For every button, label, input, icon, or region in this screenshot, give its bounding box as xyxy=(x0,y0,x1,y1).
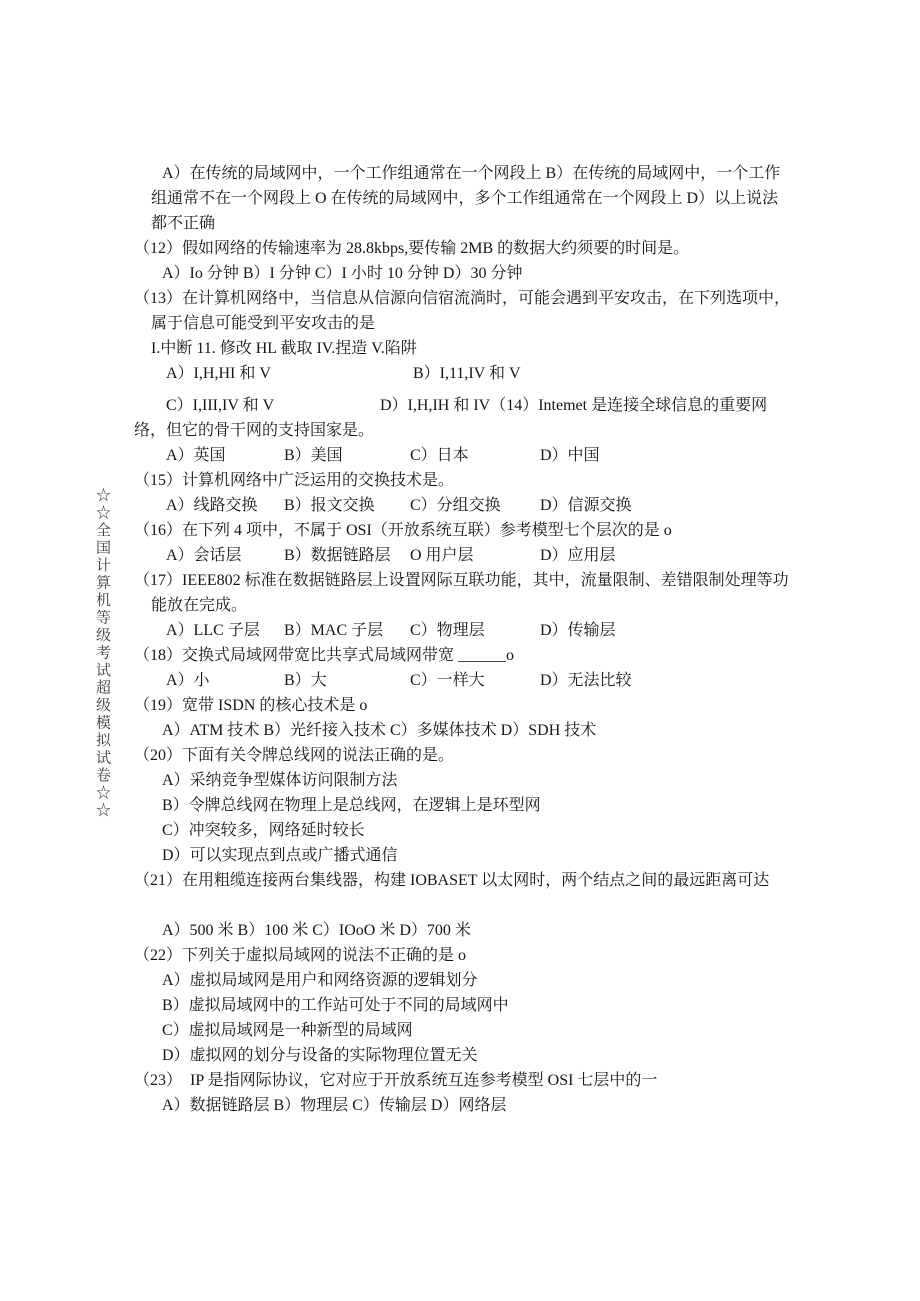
option-cell: A）LLC 子层 xyxy=(166,618,284,643)
option-line: A）虚拟局域网是用户和网络资源的逻辑划分 xyxy=(162,968,802,993)
option-cell: A）会话层 xyxy=(166,543,284,568)
option-cell: A）小 xyxy=(166,668,284,693)
question-line: （13）在计算机网络中，当信息从信源向信宿流淌时，可能会遇到平安攻击，在下列选项… xyxy=(134,286,802,311)
option-cell: B）报文交换 xyxy=(284,493,410,518)
blank-line xyxy=(134,893,802,918)
option-cell: A）线路交换 xyxy=(166,493,284,518)
option-line: D）虚拟网的划分与设备的实际物理位置无关 xyxy=(162,1043,802,1068)
continuation-line: I.中断 11. 修改 HL 截取 IV.捏造 V.陷阱 xyxy=(151,336,802,361)
option-cell: C）一样大 xyxy=(410,668,540,693)
question-line: （15）计算机网络中广泛运用的交换技术是。 xyxy=(134,468,802,493)
option-row: A）会话层B）数据链路层O 用户层D）应用层 xyxy=(166,543,802,568)
vertical-watermark-text: ☆☆全国计算机等级考试超级模拟试卷☆☆ xyxy=(92,487,114,820)
question-line: （16）在下列 4 项中，不属于 OSI（开放系统互联）参考模型七个层次的是 o xyxy=(134,518,802,543)
question-line: （17）IEEE802 标准在数据链路层上设置网际互联功能，其中，流量限制、差错… xyxy=(134,568,802,593)
option-cell: D）中国 xyxy=(540,443,802,468)
option-cell: D）传输层 xyxy=(540,618,802,643)
option-cell: B）MAC 子层 xyxy=(284,618,410,643)
option-cell: B）大 xyxy=(284,668,410,693)
option-line: A）数据链路层 B）物理层 C）传输层 D）网络层 xyxy=(162,1093,802,1118)
option-cell: A）英国 xyxy=(166,443,284,468)
document-content: A）在传统的局域网中，一个工作组通常在一个网段上 B）在传统的局域网中，一个工作… xyxy=(134,161,802,1118)
continuation-line: 能放在完成。 xyxy=(151,593,802,618)
option-cell: C）I,III,IV 和 V xyxy=(166,393,380,418)
option-row: A）小B）大C）一样大D）无法比较 xyxy=(166,668,802,693)
option-cell: B）I,11,IV 和 V xyxy=(413,361,521,386)
option-line: A）500 米 B）100 米 C）IOoO 米 D）700 米 xyxy=(162,918,802,943)
question-line: （20）下面有关令牌总线网的说法正确的是。 xyxy=(134,743,802,768)
option-line: B）令牌总线网在物理上是总线网，在逻辑上是环型网 xyxy=(162,793,802,818)
question-line: （12）假如网络的传输速率为 28.8kbps,要传输 2MB 的数据大约须要的… xyxy=(134,236,802,261)
option-line: A）Io 分钟 B）I 分钟 C）I 小时 10 分钟 D）30 分钟 xyxy=(162,261,802,286)
question-line: （19）宽带 ISDN 的核心技术是 o xyxy=(134,693,802,718)
option-row: A）I,H,HI 和 VB）I,11,IV 和 V xyxy=(166,361,802,386)
question-line: 络，但它的骨干网的支持国家是。 xyxy=(134,418,802,443)
option-cell: D）应用层 xyxy=(540,543,802,568)
option-row: A）LLC 子层B）MAC 子层C）物理层D）传输层 xyxy=(166,618,802,643)
option-row: C）I,III,IV 和 VD）I,H,IH 和 IV（14）Intemet 是… xyxy=(166,393,802,418)
option-cell: B）数据链路层 xyxy=(284,543,410,568)
question-line: （22）下列关于虚拟局域网的说法不正确的是 o xyxy=(134,943,802,968)
option-cell: O 用户层 xyxy=(410,543,540,568)
option-row: A）线路交换B）报文交换C）分组交换D）信源交换 xyxy=(166,493,802,518)
option-cell: A）I,H,HI 和 V xyxy=(166,361,413,386)
option-cell: C）分组交换 xyxy=(410,493,540,518)
option-cell: D）I,H,IH 和 IV（14）Intemet 是连接全球信息的重要网 xyxy=(380,393,767,418)
option-cell: C）物理层 xyxy=(410,618,540,643)
option-line: C）冲突较多，网络延时较长 xyxy=(162,818,802,843)
option-line: A）ATM 技术 B）光纤接入技术 C）多媒体技术 D）SDH 技术 xyxy=(162,718,802,743)
continuation-line: 属于信息可能受到平安攻击的是 xyxy=(151,311,802,336)
option-line: A）采纳竞争型媒体访问限制方法 xyxy=(162,768,802,793)
option-cell: D）无法比较 xyxy=(540,668,802,693)
option-line: B）虚拟局域网中的工作站可处于不同的局域网中 xyxy=(162,993,802,1018)
exam-paper-page: ☆☆全国计算机等级考试超级模拟试卷☆☆ A）在传统的局域网中，一个工作组通常在一… xyxy=(0,0,920,1301)
option-cell: D）信源交换 xyxy=(540,493,802,518)
question-line: （21）在用粗缆连接两台集线器，构建 IOBASET 以太网时，两个结点之间的最… xyxy=(134,868,802,893)
option-line: A）在传统的局域网中，一个工作组通常在一个网段上 B）在传统的局域网中，一个工作 xyxy=(162,161,802,186)
option-cell: B）美国 xyxy=(284,443,410,468)
question-line: （23） IP 是指网际协议，它对应于开放系统互连参考模型 OSI 七层中的一 xyxy=(134,1068,802,1093)
option-cell: C）日本 xyxy=(410,443,540,468)
question-line: （18）交换式局域网带宽比共享式局域网带宽 ______o xyxy=(134,643,802,668)
option-line: D）可以实现点到点或广播式通信 xyxy=(162,843,802,868)
option-line: C）虚拟局域网是一种新型的局域网 xyxy=(162,1018,802,1043)
continuation-line: 都不正确 xyxy=(151,211,802,236)
option-row: A）英国B）美国C）日本D）中国 xyxy=(166,443,802,468)
continuation-line: 组通常不在一个网段上 O 在传统的局域网中，多个工作组通常在一个网段上 D）以上… xyxy=(151,186,802,211)
